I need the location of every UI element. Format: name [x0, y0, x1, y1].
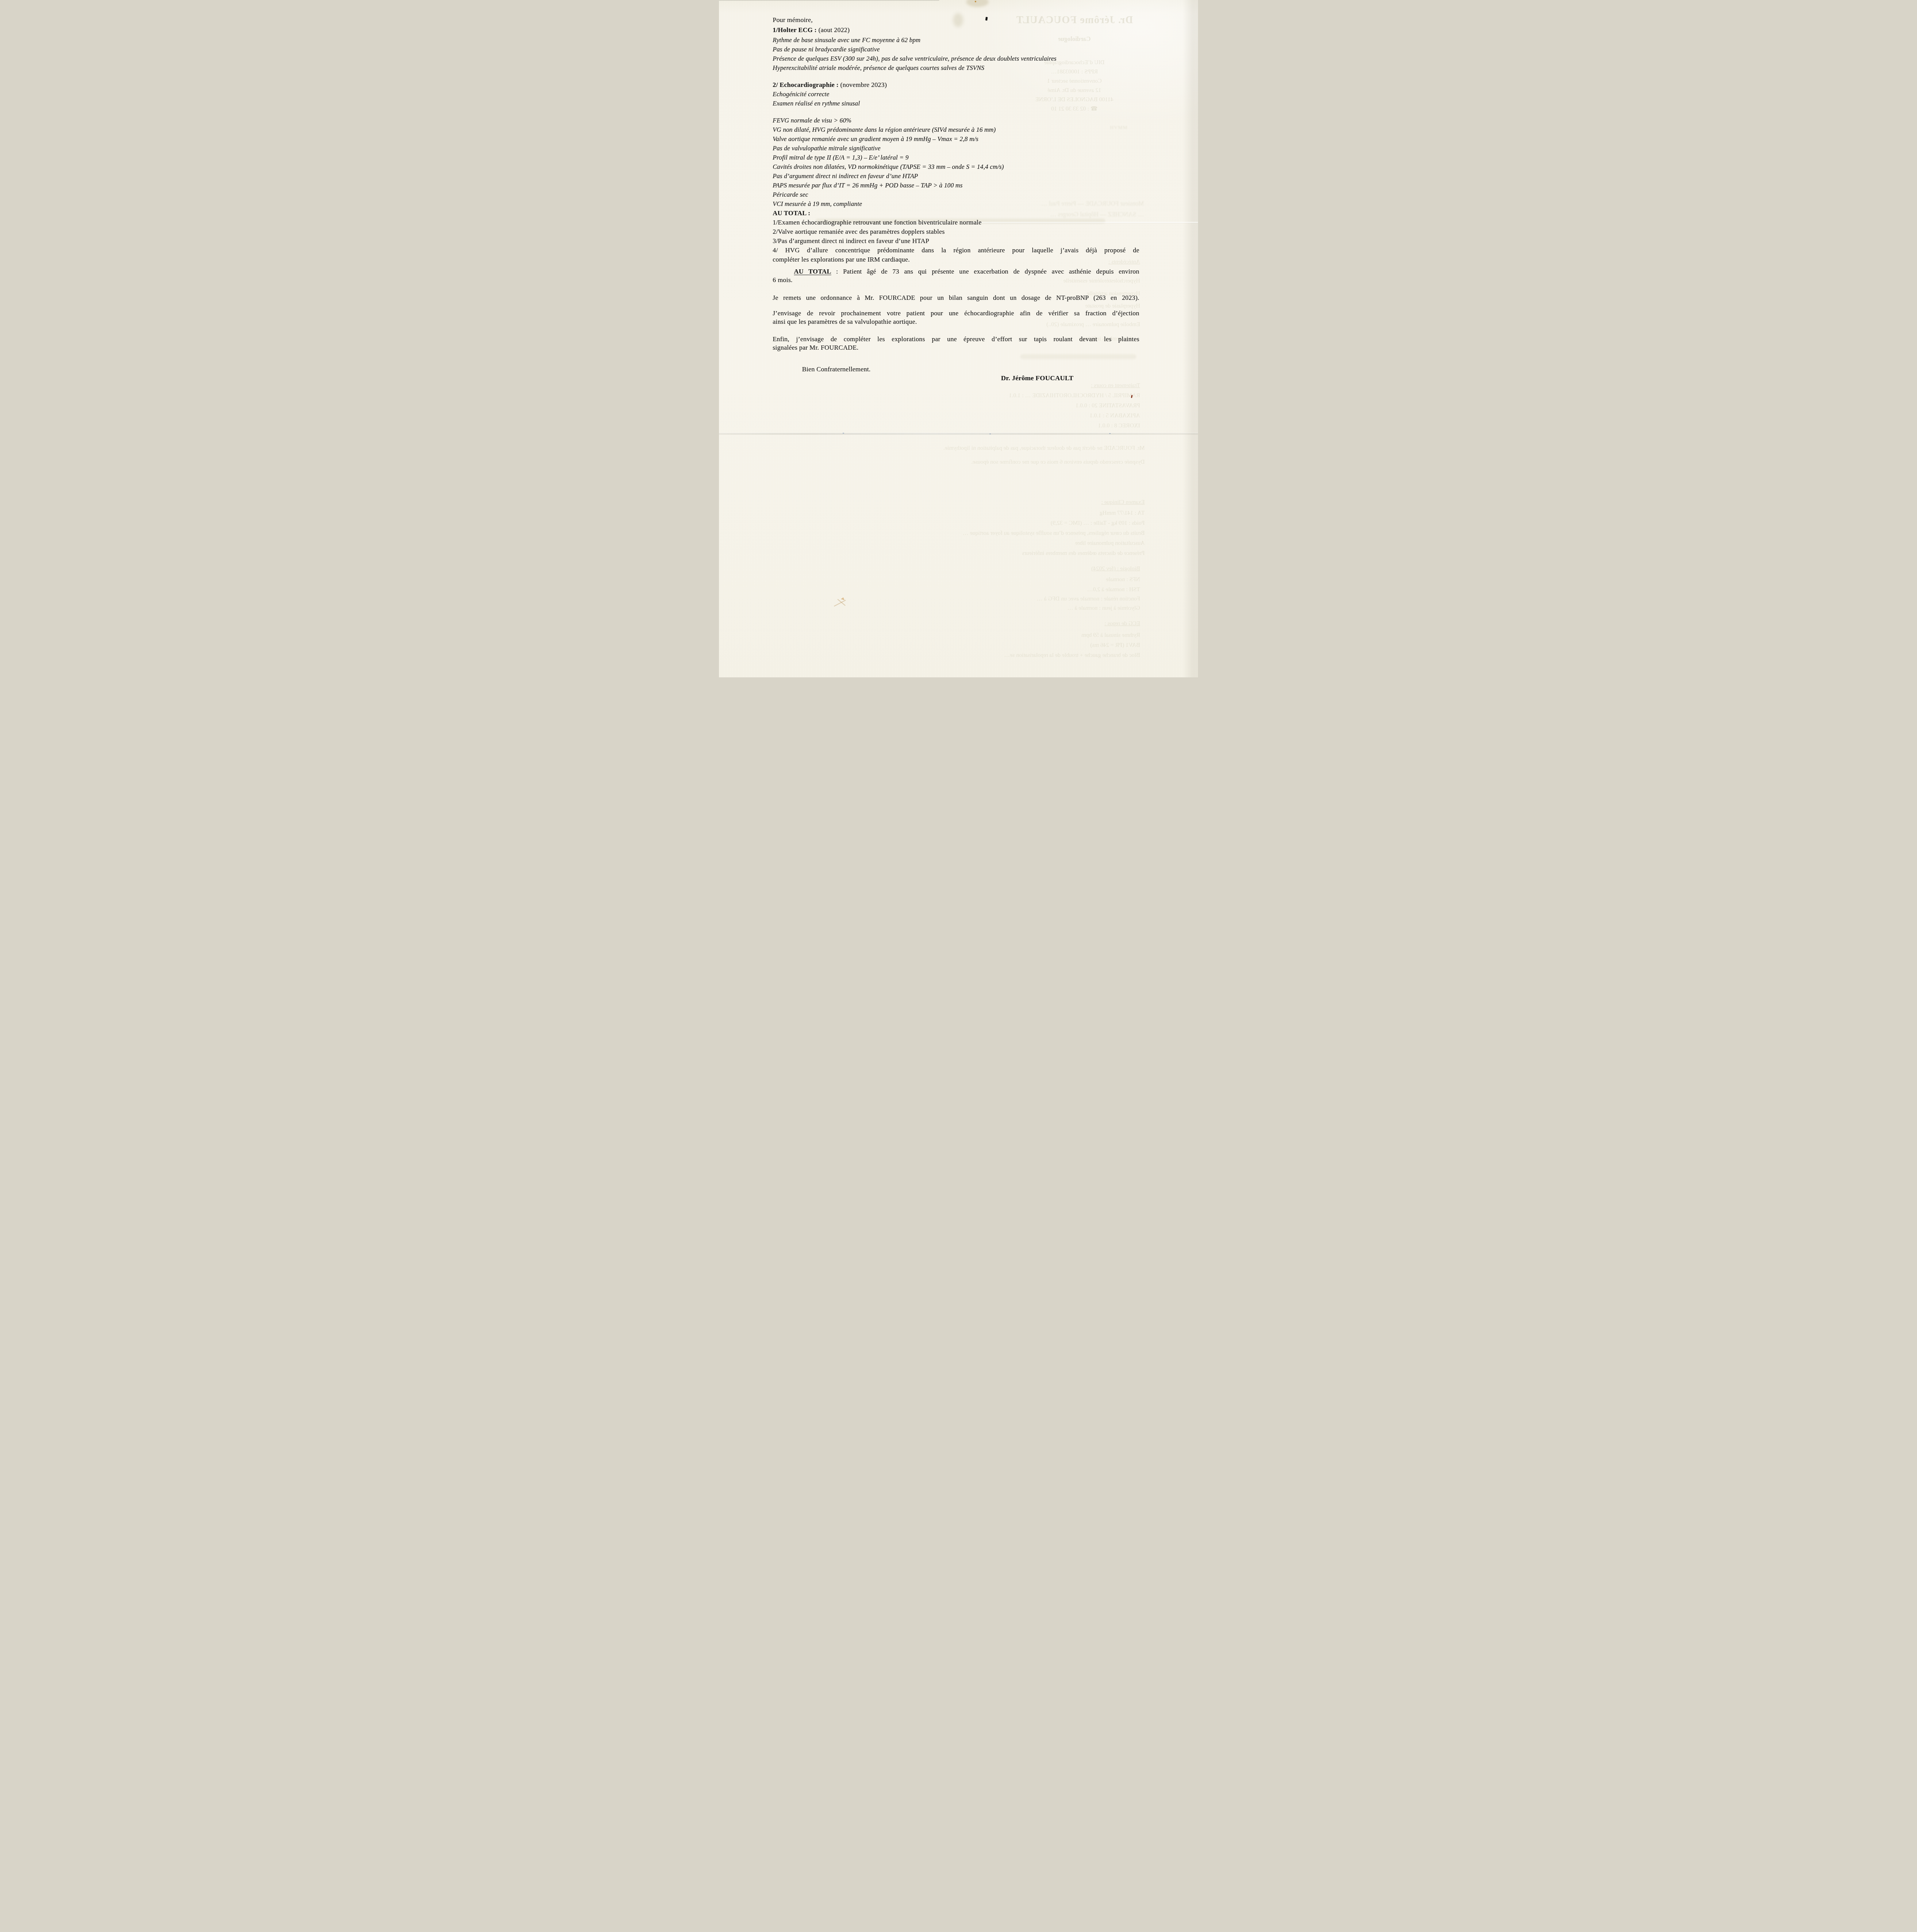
- bleedthrough-line: IXOREC 8 : 0.0.1: [924, 422, 1140, 430]
- closing-formula: Bien Confraternellement.: [802, 365, 1139, 374]
- paper-crease-main: [719, 433, 1198, 435]
- crease-speck: [843, 433, 844, 434]
- bleedthrough-line: ECG de repos :: [908, 620, 1140, 628]
- holter-findings: Rythme de base sinusale avec une FC moye…: [773, 36, 1139, 73]
- assessment-paragraph: AU TOTAL : Patient âgé de 73 ans qui pré…: [773, 267, 1139, 284]
- echo-finding-line: Pas d’argument direct ni indirect en fav…: [773, 172, 1139, 181]
- assessment-text: : Patient âgé de 73 ans qui présente une…: [831, 268, 1139, 275]
- bleedthrough-line: Bloc de branche gauche + trouble de la r…: [908, 651, 1140, 659]
- bleedthrough-line: Mr. FOURCADE ne décrit pas de douleur th…: [874, 444, 1145, 452]
- envisage-line1: J’envisage de revoir prochainement votre…: [773, 309, 1139, 318]
- scanned-letter-page: Dr. Jérôme FOUCAULTCardiologueDIU d’Echo…: [719, 0, 1198, 677]
- enfin-line1: Enfin, j’envisage de compléter les explo…: [773, 335, 1139, 344]
- bleedthrough-line: Bruits du cœur réguliers, présence d’un …: [874, 529, 1145, 537]
- holter-finding-line: Présence de quelques ESV (300 sur 24h), …: [773, 54, 1139, 63]
- holter-finding-line: Rythme de base sinusale avec une FC moye…: [773, 36, 1139, 45]
- bleedthrough-line: Poids : 109 kg - Taille : … (IMC = 32,9): [874, 519, 1145, 527]
- summary-item4-line2: compléter les explorations par une IRM c…: [773, 255, 1139, 264]
- echo-findings: FEVG normale de visu > 60%VG non dilaté,…: [773, 116, 1139, 209]
- summary-item-line: 3/Pas d’argument direct ni indirect en f…: [773, 236, 1139, 246]
- summary-item-line: 1/Examen échocardiographie retrouvant un…: [773, 218, 1139, 227]
- pen-scuff-mark: [832, 597, 850, 608]
- envisage-line2: ainsi que les paramètres de sa valvulopa…: [773, 318, 1139, 326]
- holter-finding-line: Pas de pause ni bradycardie significativ…: [773, 45, 1139, 54]
- bleedthrough-line: Dyspnée crescendo depuis environ 6 mois …: [874, 458, 1145, 466]
- assessment-line1: AU TOTAL : Patient âgé de 73 ans qui pré…: [773, 267, 1139, 276]
- bleedthrough-line: Biologie : (fev 2024): [924, 565, 1140, 573]
- bleedthrough-line: NFS : normale: [924, 576, 1140, 583]
- bleedthrough-line: Glycémie à jeun : normale à …: [924, 604, 1140, 612]
- echo-title: 2/ Echocardiographie :: [773, 81, 839, 88]
- ordonnance-paragraph: Je remets une ordonnance à Mr. FOURCADE …: [773, 294, 1139, 302]
- echo-finding-line: Pas de valvulopathie mitrale significati…: [773, 144, 1139, 153]
- echo-finding-line: Examen réalisé en rythme sinusal: [773, 99, 1139, 108]
- enfin-line2: signalées par Mr. FOURCADE.: [773, 344, 1139, 352]
- bleedthrough-line: BAV1 (PR = 246 ms): [908, 641, 1140, 649]
- holter-date: (aout 2022): [818, 26, 850, 34]
- echo-finding-line: VG non dilaté, HVG prédominante dans la …: [773, 125, 1139, 134]
- red-fleck: [1131, 395, 1133, 398]
- bleedthrough-line: TSH : normale à 2,0…: [924, 586, 1140, 594]
- echo-finding-line: Valve aortique remaniée avec un gradient…: [773, 134, 1139, 144]
- echo-finding-line: Echogénicité correcte: [773, 90, 1139, 99]
- assessment-line2: 6 mois.: [773, 276, 1139, 284]
- echo-findings-intro: Echogénicité correcteExamen réalisé en r…: [773, 90, 1139, 108]
- bleedthrough-biologie: Biologie : (fev 2024)NFS : normaleTSH : …: [924, 565, 1140, 612]
- holter-heading: 1/Holter ECG : (aout 2022): [773, 26, 1139, 35]
- holter-finding-line: Hyperexcitabilité atriale modérée, prése…: [773, 63, 1139, 73]
- bleedthrough-line: TA : 141/77 mmHg: [874, 509, 1145, 517]
- bleedthrough-line: Rythme sinusal à 59 bpm: [908, 631, 1140, 639]
- envisage-paragraph: J’envisage de revoir prochainement votre…: [773, 309, 1139, 326]
- echo-finding-line: VCI mesurée à 19 mm, compliante: [773, 199, 1139, 209]
- echo-date: (novembre 2023): [840, 81, 887, 88]
- letter-body: Pour mémoire, 1/Holter ECG : (aout 2022)…: [719, 0, 1198, 382]
- echo-finding-line: Cavités droites non dilatées, VD normoki…: [773, 162, 1139, 172]
- bleedthrough-examen-clinique: Mr. FOURCADE ne décrit pas de douleur th…: [874, 444, 1145, 557]
- crease-speck: [989, 434, 991, 434]
- bleedthrough-line: Présence de discrets œdèmes des membres …: [874, 549, 1145, 557]
- assessment-label: AU TOTAL: [794, 268, 831, 275]
- bleedthrough-ecg-repos: ECG de repos :Rythme sinusal à 59 bpmBAV…: [908, 620, 1140, 659]
- summary-label: AU TOTAL :: [773, 209, 1139, 218]
- summary-item-line: 2/Valve aortique remaniée avec des param…: [773, 227, 1139, 236]
- echo-finding-line: PAPS mesurée par flux d’IT = 26 mmHg + P…: [773, 181, 1139, 190]
- intro-line: Pour mémoire,: [773, 15, 1139, 25]
- bleedthrough-line: Fonction rénale : normale avec un DFG à …: [924, 595, 1140, 603]
- holter-title: 1/Holter ECG :: [773, 26, 817, 34]
- bleedthrough-line: Auscultation pulmonaire libre: [874, 539, 1145, 547]
- bleedthrough-traitement: Traitement en cours :RAMIPRIL 5 / HYDROC…: [924, 382, 1140, 430]
- echo-finding-line: Péricarde sec: [773, 190, 1139, 199]
- crease-speck: [1109, 433, 1111, 434]
- doctor-signature: Dr. Jérôme FOUCAULT: [1001, 374, 1139, 382]
- echo-finding-line: FEVG normale de visu > 60%: [773, 116, 1139, 125]
- bleedthrough-line: APIXABAN 5 : 1.0.1: [924, 412, 1140, 420]
- bleedthrough-line: Examen Clinique :: [874, 498, 1145, 506]
- bleedthrough-line: PRAVASTATINE 20 : 0.0.1: [924, 402, 1140, 410]
- bleedthrough-line: RAMIPRIL 5 / HYDROCHLOROTHIAZIDE … : 1.0…: [924, 392, 1140, 400]
- summary-items: 1/Examen échocardiographie retrouvant un…: [773, 218, 1139, 246]
- bleedthrough-line: Traitement en cours :: [924, 382, 1140, 389]
- summary-item4-line1: 4/ HVG d’allure concentrique prédominant…: [773, 246, 1139, 255]
- enfin-paragraph: Enfin, j’envisage de compléter les explo…: [773, 335, 1139, 352]
- echo-heading: 2/ Echocardiographie : (novembre 2023): [773, 80, 1139, 90]
- echo-finding-line: Profil mitral de type II (E/A = 1,3) – E…: [773, 153, 1139, 162]
